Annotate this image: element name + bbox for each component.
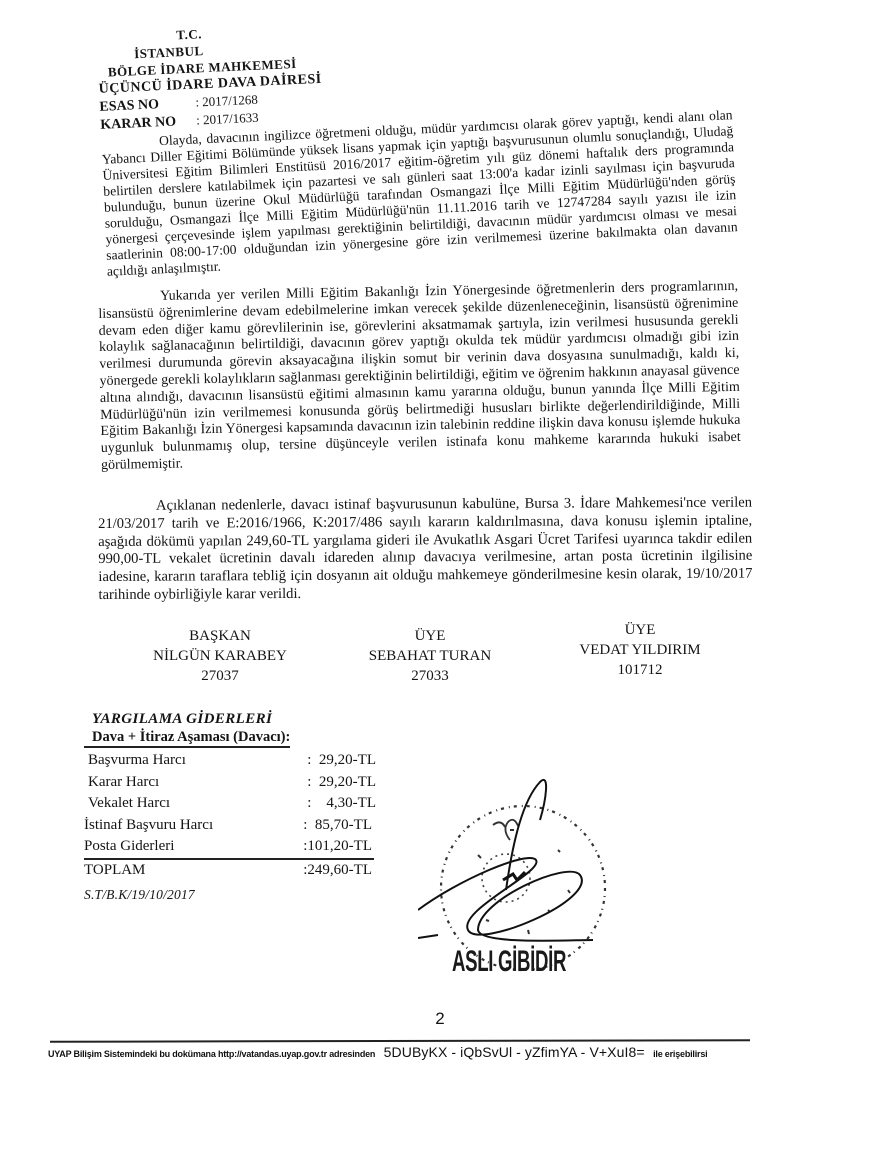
cost-row: İstinaf Başvuru Harcı : 85,70-TL xyxy=(84,815,384,837)
karar-label: KARAR NO xyxy=(100,113,197,134)
cost-label: Karar Harcı xyxy=(84,772,298,794)
paragraph-reasoning: Yukarıda yer verilen Milli Eğitim Bakanl… xyxy=(98,279,741,475)
signature-name: SEBAHAT TURAN xyxy=(330,646,530,666)
signature-member-2: ÜYE VEDAT YILDIRIM 101712 xyxy=(540,620,740,686)
cost-label: Vekalet Harcı xyxy=(84,793,298,815)
cost-row: Başvurma Harcı : 29,20-TL xyxy=(84,750,384,772)
costs-title: YARGILAMA GİDERLERİ xyxy=(84,710,384,728)
cost-amount: : 4,30-TL xyxy=(298,793,376,815)
signature-name: VEDAT YILDIRIM xyxy=(540,640,740,660)
cost-row: Posta Giderleri :101,20-TL xyxy=(84,836,374,860)
footer-prefix: UYAP Bilişim Sistemindeki bu dokümana ht… xyxy=(48,1049,375,1059)
cost-label: Posta Giderleri xyxy=(84,836,294,858)
costs-reference: S.T/B.K/19/10/2017 xyxy=(84,887,384,903)
footer-divider xyxy=(50,1039,750,1042)
signature-president: BAŞKAN NİLGÜN KARABEY 27037 xyxy=(120,626,320,686)
cost-amount: : 29,20-TL xyxy=(298,772,376,794)
reasoning-block: Yukarıda yer verilen Milli Eğitim Bakanl… xyxy=(98,279,741,478)
footer-verification: UYAP Bilişim Sistemindeki bu dokümana ht… xyxy=(48,1044,707,1062)
cost-amount: :101,20-TL xyxy=(294,836,372,858)
paragraph-facts: Olayda, davacının ingilizce öğretmeni ol… xyxy=(101,107,739,280)
verdict-block: Açıklanan nedenlerle, davacı istinaf baş… xyxy=(98,495,753,608)
document-page: T.C. İSTANBUL BÖLGE İDARE MAHKEMESİ ÜÇÜN… xyxy=(0,0,880,1169)
signature-role: BAŞKAN xyxy=(120,626,320,646)
cost-label: Başvurma Harcı xyxy=(84,750,298,772)
cost-amount: : 85,70-TL xyxy=(294,815,372,837)
cost-row: Karar Harcı : 29,20-TL xyxy=(84,772,384,794)
signature-name: NİLGÜN KARABEY xyxy=(120,646,320,666)
cost-total-row: TOPLAM :249,60-TL xyxy=(84,860,384,882)
costs-subtitle: Dava + İtiraz Aşaması (Davacı): xyxy=(84,728,290,748)
signature-id: 101712 xyxy=(540,660,740,680)
certified-copy-stamp: ASLI GİBİDİR xyxy=(452,945,566,979)
signature-role: ÜYE xyxy=(540,620,740,640)
signature-id: 27037 xyxy=(120,666,320,686)
esas-value: : 2017/1268 xyxy=(195,92,258,110)
cost-row: Vekalet Harcı : 4,30-TL xyxy=(84,793,384,815)
footer-suffix: ile erişebilirsi xyxy=(653,1049,707,1059)
cost-total-label: TOPLAM xyxy=(84,860,294,882)
signature-id: 27033 xyxy=(330,666,530,686)
cost-total-amount: :249,60-TL xyxy=(294,860,372,882)
signature-member-1: ÜYE SEBAHAT TURAN 27033 xyxy=(330,626,530,686)
costs-table: YARGILAMA GİDERLERİ Dava + İtiraz Aşamas… xyxy=(84,710,384,903)
case-header: T.C. İSTANBUL BÖLGE İDARE MAHKEMESİ ÜÇÜN… xyxy=(96,1,747,293)
verification-code: 5DUByKX - iQbSvUl - yZfimYA - V+XuI8= xyxy=(384,1044,645,1060)
signature-role: ÜYE xyxy=(330,626,530,646)
cost-amount: : 29,20-TL xyxy=(298,750,376,772)
karar-value: : 2017/1633 xyxy=(196,110,259,128)
paragraph-verdict: Açıklanan nedenlerle, davacı istinaf baş… xyxy=(98,495,753,605)
page-number: 2 xyxy=(0,1009,880,1029)
cost-label: İstinaf Başvuru Harcı xyxy=(84,815,294,837)
signature-block: BAŞKAN NİLGÜN KARABEY 27037 ÜYE SEBAHAT … xyxy=(120,626,740,686)
